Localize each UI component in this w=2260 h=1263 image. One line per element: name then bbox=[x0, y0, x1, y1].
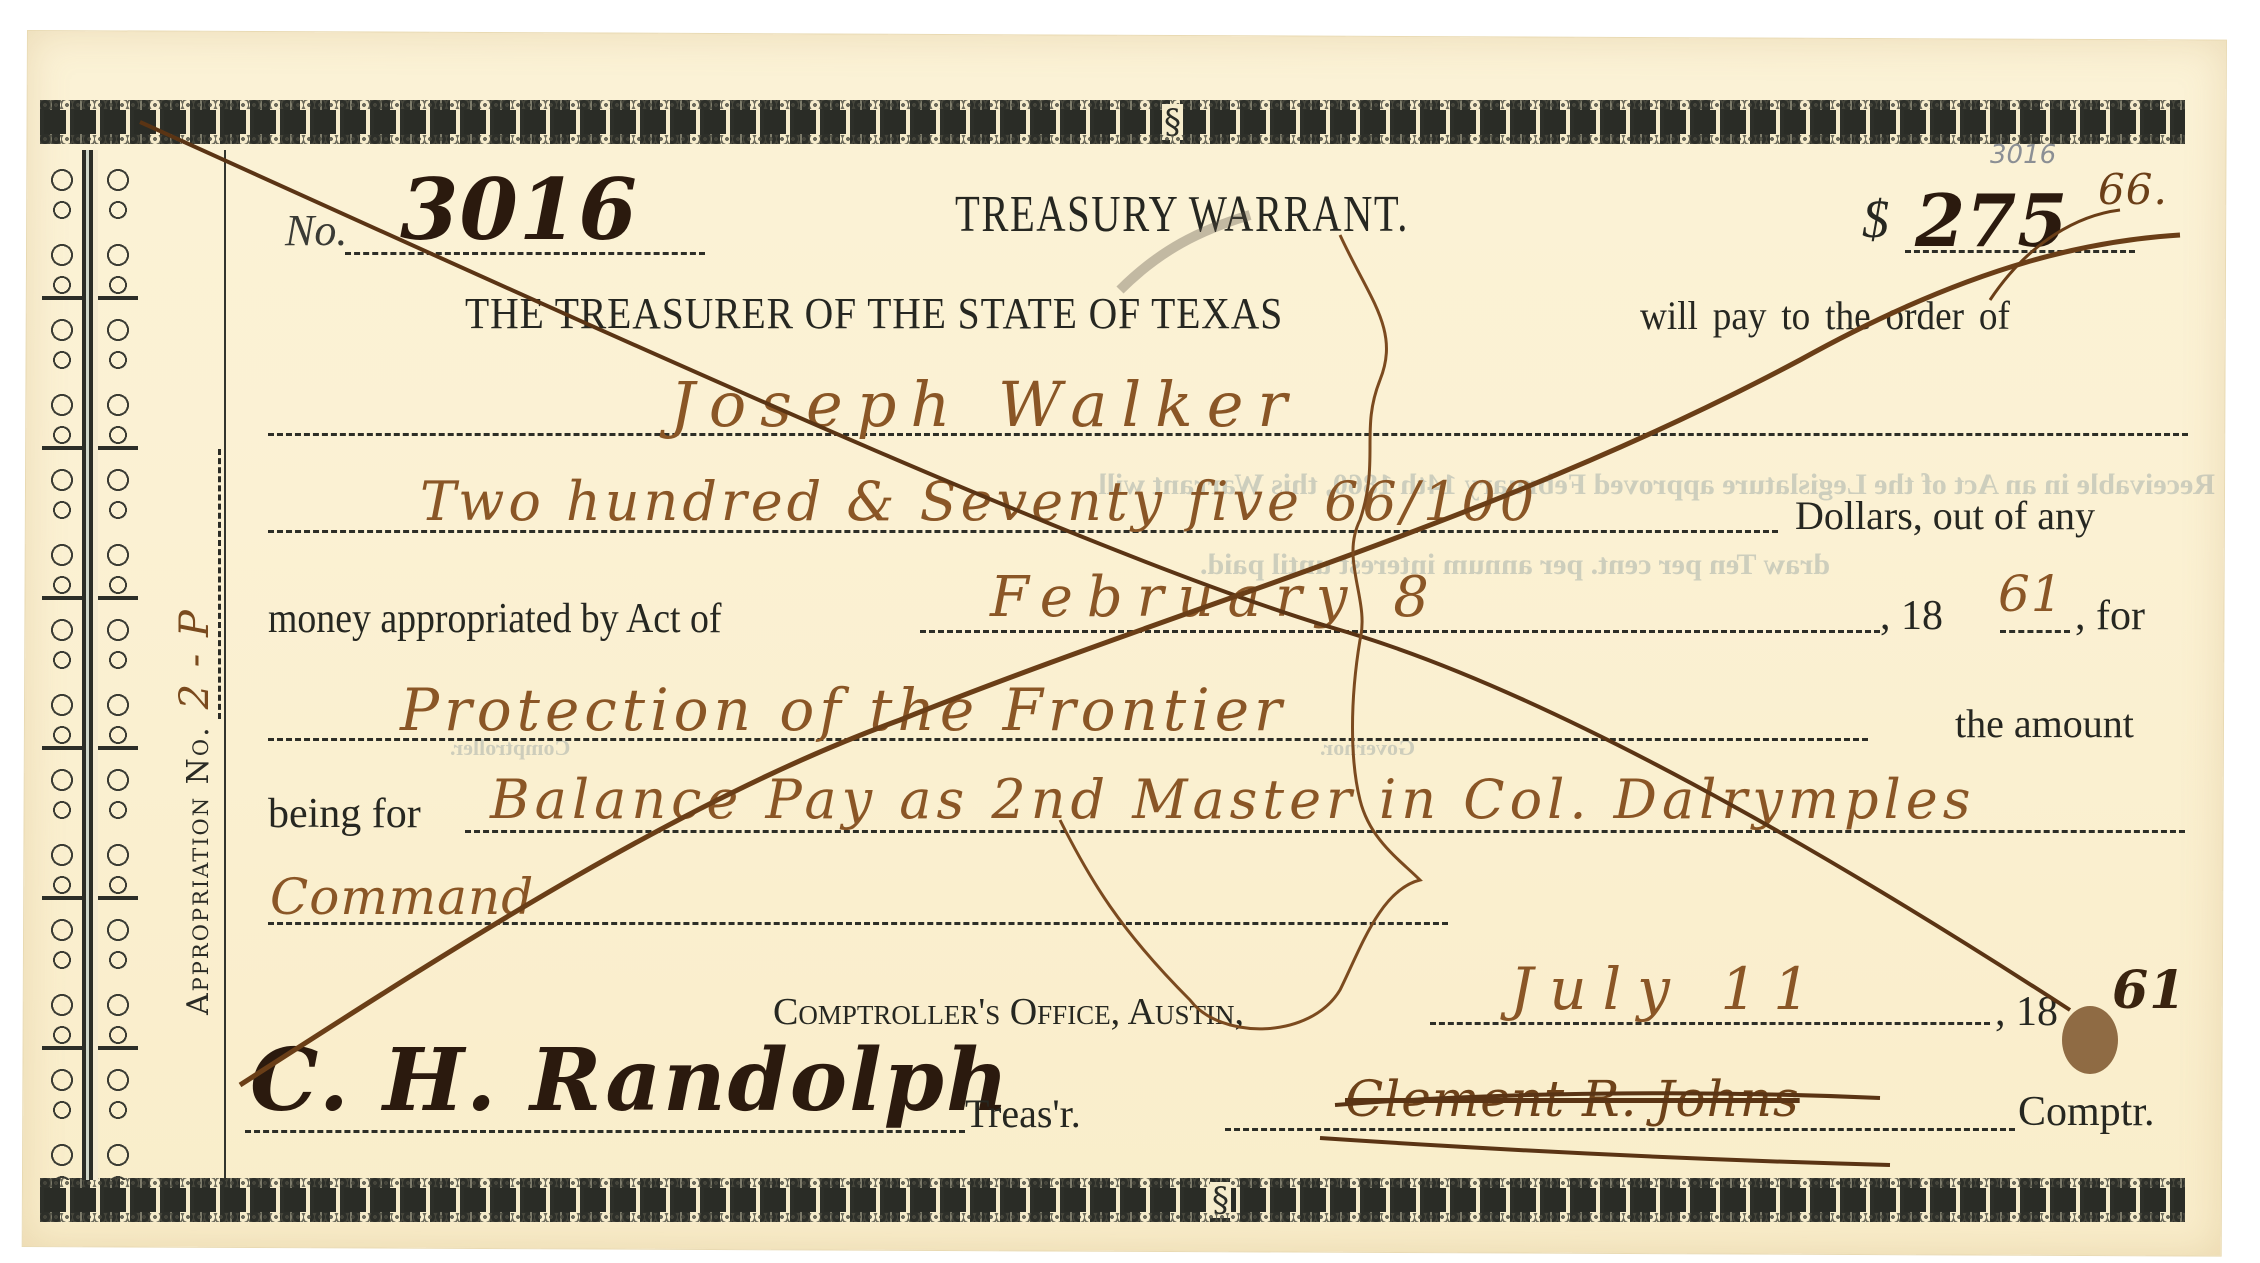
pencil-smudge bbox=[1120, 215, 1250, 290]
cancellation-marks bbox=[0, 0, 2260, 1263]
comptroller-strike bbox=[1320, 1093, 1890, 1165]
cancel-stroke-1 bbox=[140, 122, 2070, 1010]
cancel-stroke-2 bbox=[240, 235, 2180, 1085]
ink-blot bbox=[2062, 1006, 2118, 1074]
vertical-flourish bbox=[1060, 235, 1420, 1029]
